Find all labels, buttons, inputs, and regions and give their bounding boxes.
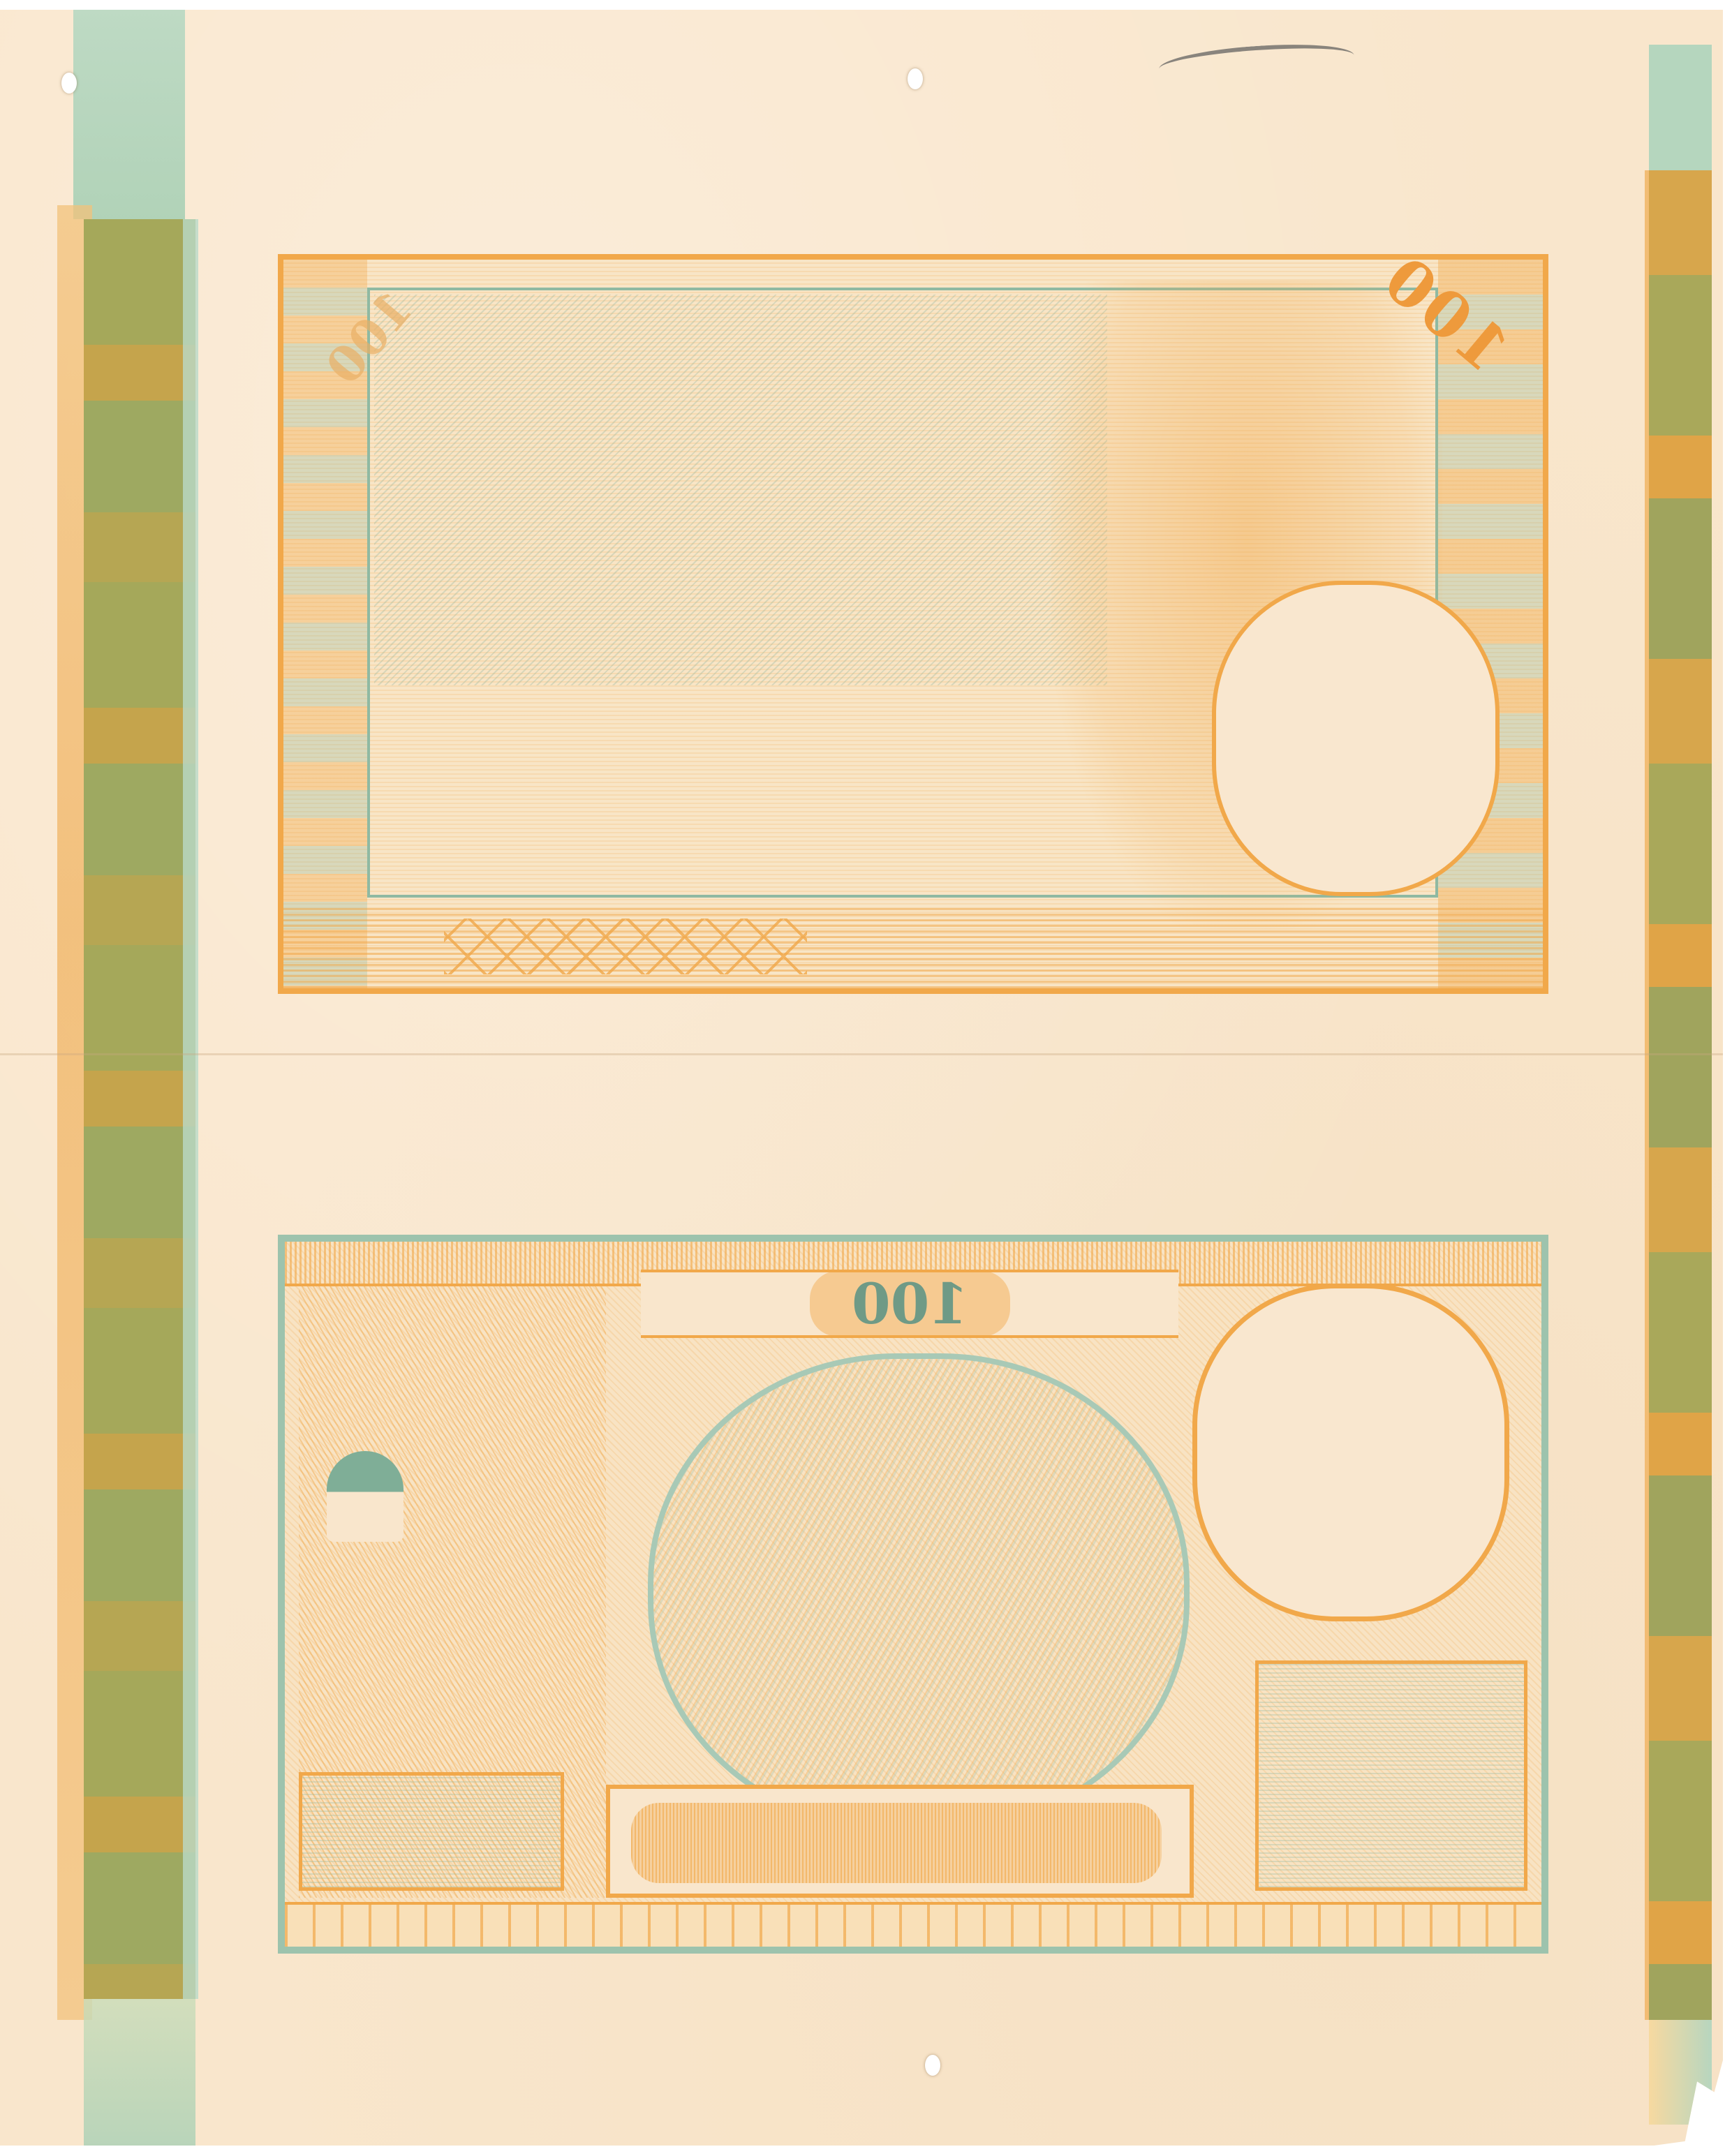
registration-bar-right [1649,170,1712,2020]
punch-hole [61,73,77,94]
banknote-back: 100 [278,1235,1548,1954]
denomination-band: 100 [641,1270,1178,1338]
registration-bar-left [84,219,195,1999]
pencil-mark [1158,39,1356,84]
banknote-front: 100 100 [278,254,1548,994]
ornamental-panel-left [299,1772,564,1891]
watermark-window [1192,1284,1509,1621]
paper-crease [0,1053,1723,1055]
domed-building [327,1451,404,1542]
bottom-ornament-grid [285,1902,1541,1947]
serial-panel [606,1785,1194,1898]
punch-hole [925,2055,940,2076]
watermark-window [1212,581,1500,896]
registration-bar-right-top [1649,45,1712,170]
serial-panel-fill [631,1803,1162,1883]
registration-bar-left-edge [183,219,198,1999]
denomination-numeral: 100 [810,1271,1010,1337]
central-oval-vignette [648,1353,1190,1832]
lattice-pattern [444,919,807,974]
punch-hole [908,68,923,89]
registration-bar-right-bottom [1649,2020,1712,2125]
registration-bar-left-bottom [84,1999,195,2146]
ornamental-panel-right [1255,1660,1527,1891]
proof-sheet: 100 100 100 [0,10,1723,2146]
registration-bar-left-top [73,10,185,219]
